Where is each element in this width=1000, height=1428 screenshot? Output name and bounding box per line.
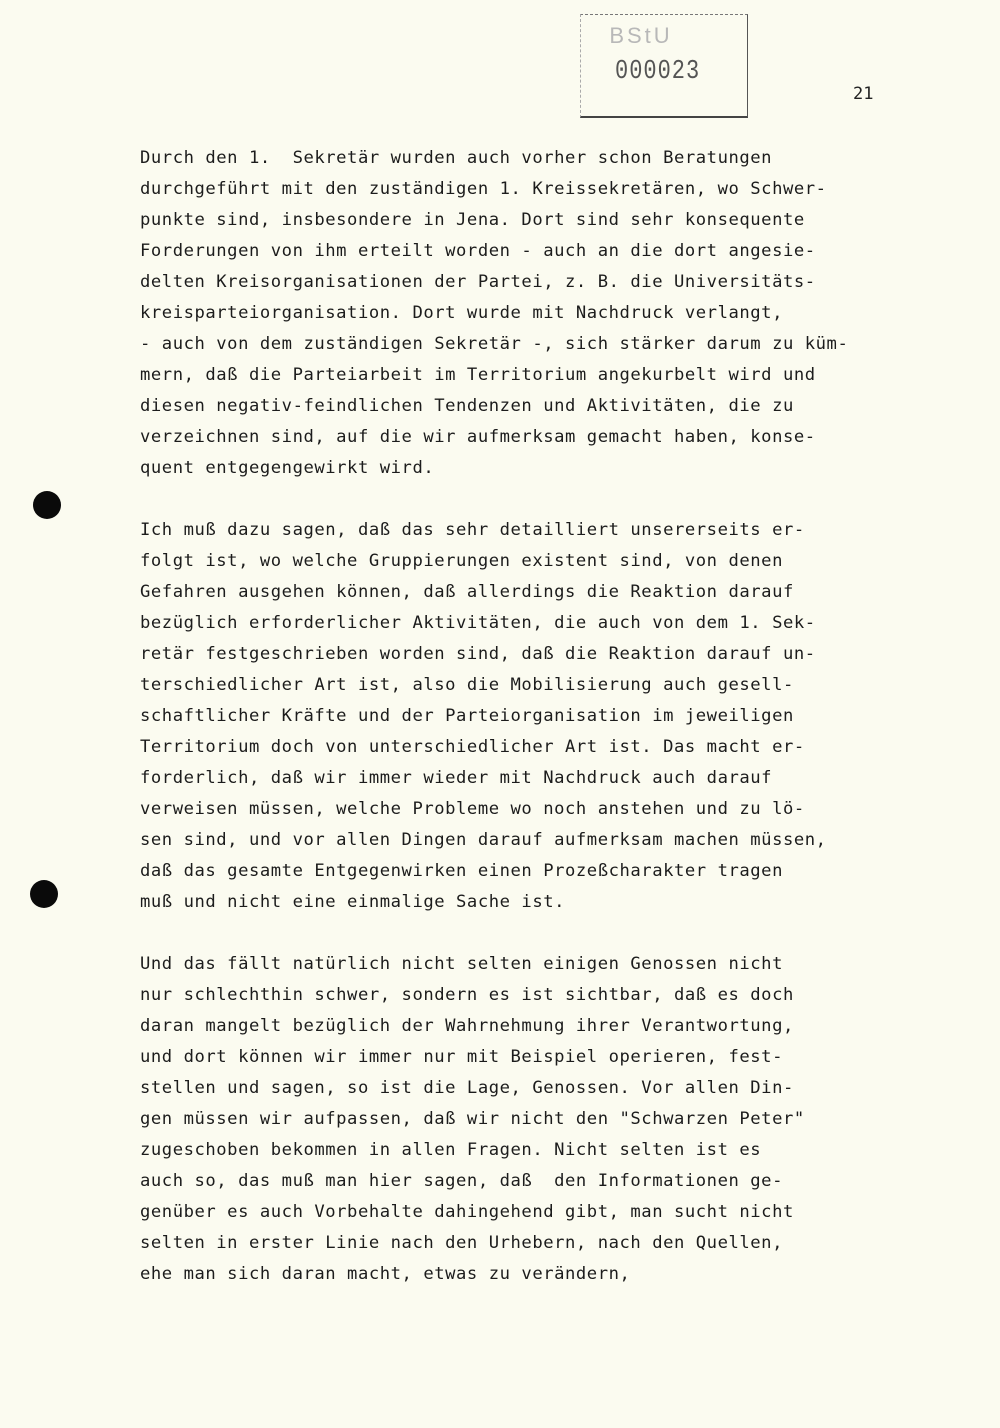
text-line: auch so, das muß man hier sagen, daß den… <box>140 1166 960 1197</box>
paragraph: Ich muß dazu sagen, daß das sehr detaill… <box>140 515 960 918</box>
text-line: Und das fällt natürlich nicht selten ein… <box>140 949 960 980</box>
text-line: folgt ist, wo welche Gruppierungen exist… <box>140 546 960 577</box>
document-body: Durch den 1. Sekretär wurden auch vorher… <box>140 143 960 1290</box>
text-line: zugeschoben bekommen in allen Fragen. Ni… <box>140 1135 960 1166</box>
page-number: 21 <box>853 84 873 104</box>
text-line: verweisen müssen, welche Probleme wo noc… <box>140 794 960 825</box>
text-line: diesen negativ-feindlichen Tendenzen und… <box>140 391 960 422</box>
text-line: forderlich, daß wir immer wieder mit Nac… <box>140 763 960 794</box>
text-line: Forderungen von ihm erteilt worden - auc… <box>140 236 960 267</box>
text-line: kreisparteiorganisation. Dort wurde mit … <box>140 298 960 329</box>
text-line: delten Kreisorganisationen der Partei, z… <box>140 267 960 298</box>
text-line: mern, daß die Parteiarbeit im Territoriu… <box>140 360 960 391</box>
text-line: ehe man sich daran macht, etwas zu verän… <box>140 1259 960 1290</box>
text-line: Territorium doch von unterschiedlicher A… <box>140 732 960 763</box>
text-line: sen sind, und vor allen Dingen darauf au… <box>140 825 960 856</box>
text-line: Gefahren ausgehen können, daß allerdings… <box>140 577 960 608</box>
text-line: selten in erster Linie nach den Urhebern… <box>140 1228 960 1259</box>
text-line: punkte sind, insbesondere in Jena. Dort … <box>140 205 960 236</box>
punch-hole-icon <box>33 491 61 519</box>
text-line: gen müssen wir aufpassen, daß wir nicht … <box>140 1104 960 1135</box>
text-line: stellen und sagen, so ist die Lage, Geno… <box>140 1073 960 1104</box>
text-line: retär festgeschrieben worden sind, daß d… <box>140 639 960 670</box>
text-line: nur schlechthin schwer, sondern es ist s… <box>140 980 960 1011</box>
text-line: daran mangelt bezüglich der Wahrnehmung … <box>140 1011 960 1042</box>
text-line: verzeichnen sind, auf die wir aufmerksam… <box>140 422 960 453</box>
text-line: Ich muß dazu sagen, daß das sehr detaill… <box>140 515 960 546</box>
text-line: daß das gesamte Entgegenwirken einen Pro… <box>140 856 960 887</box>
stamp-archive-name: BStU <box>581 23 701 49</box>
text-line: terschiedlicher Art ist, also die Mobili… <box>140 670 960 701</box>
paragraph: Durch den 1. Sekretär wurden auch vorher… <box>140 143 960 484</box>
text-line: genüber es auch Vorbehalte dahingehend g… <box>140 1197 960 1228</box>
text-line: quent entgegengewirkt wird. <box>140 453 960 484</box>
stamp-page-id: 000023 <box>615 57 700 87</box>
text-line: Durch den 1. Sekretär wurden auch vorher… <box>140 143 960 174</box>
text-line: bezüglich erforderlicher Aktivitäten, di… <box>140 608 960 639</box>
text-line: und dort können wir immer nur mit Beispi… <box>140 1042 960 1073</box>
text-line: - auch von dem zuständigen Sekretär -, s… <box>140 329 960 360</box>
text-line: durchgeführt mit den zuständigen 1. Krei… <box>140 174 960 205</box>
text-line: muß und nicht eine einmalige Sache ist. <box>140 887 960 918</box>
archive-stamp: BStU 000023 <box>580 14 748 118</box>
punch-hole-icon <box>30 880 58 908</box>
text-line: schaftlicher Kräfte und der Parteiorgani… <box>140 701 960 732</box>
paragraph: Und das fällt natürlich nicht selten ein… <box>140 949 960 1290</box>
